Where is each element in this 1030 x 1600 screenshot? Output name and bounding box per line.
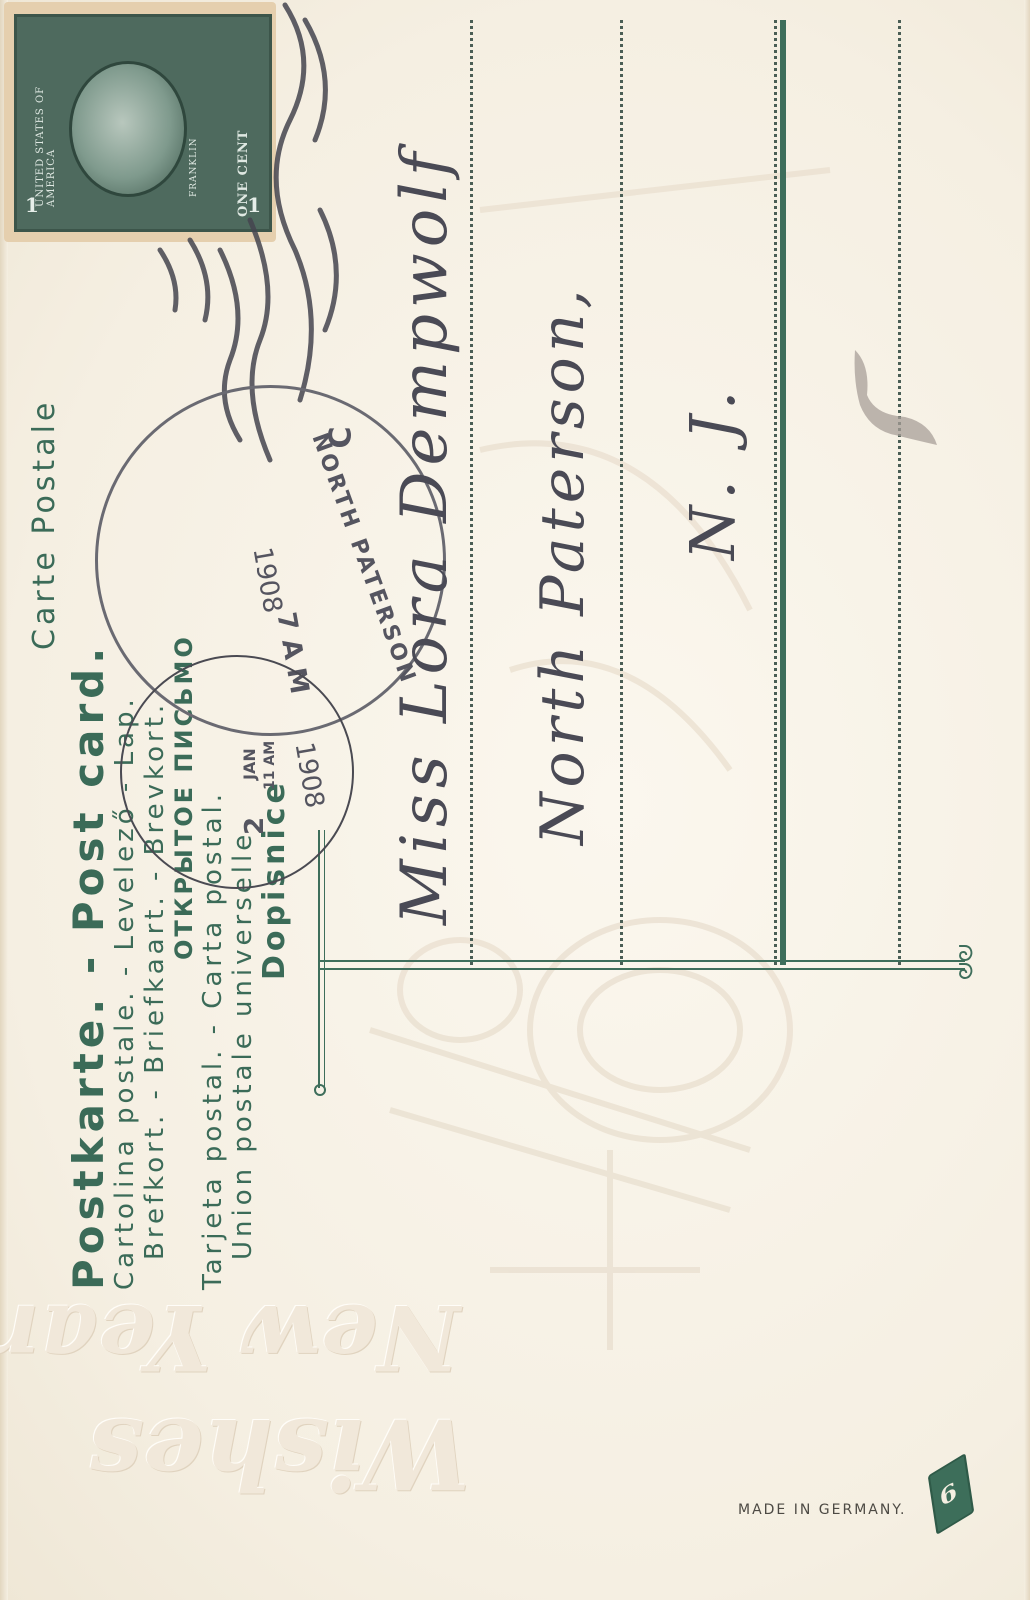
made-in-germany-text: MADE IN GERMANY. [738, 1502, 907, 1518]
publisher-logo-mark: 6 [938, 1476, 959, 1513]
scroll-ornament-icon: ᘐᘐ [958, 946, 974, 981]
ink-smudge [845, 345, 940, 455]
header-postkarte: Postkarte. - Post card. [68, 290, 112, 1290]
receiving-month: JAN [240, 748, 259, 780]
header-carte-postale: Carte Postale [30, 290, 68, 1290]
receiving-day: 2 [240, 817, 270, 835]
address-line-4 [898, 20, 901, 965]
address-state: N. J. [676, 381, 749, 560]
address-name: Miss Lora Dempwolf [388, 147, 462, 925]
address-line-1 [470, 20, 473, 965]
address-city: North Paterson, [528, 284, 598, 845]
embossed-greeting-line2: Wishes [88, 1397, 470, 1510]
left-rule [318, 830, 325, 1088]
postcard: New Year Wishes UNITED STATES OF AMERICA… [0, 0, 1030, 1600]
baseline-rule [320, 960, 965, 970]
receiving-time: 11 AM [262, 741, 278, 790]
publisher-logo-icon: 6 [928, 1453, 975, 1535]
rule-end-dot [314, 1084, 326, 1096]
stamp-country-text: UNITED STATES OF AMERICA [35, 47, 57, 207]
divider-rule [780, 20, 786, 965]
card-edge-right [1024, 0, 1030, 1600]
address-line-2 [620, 20, 623, 965]
address-line-3 [774, 20, 777, 965]
stamp-denomination: 1 [25, 193, 39, 217]
